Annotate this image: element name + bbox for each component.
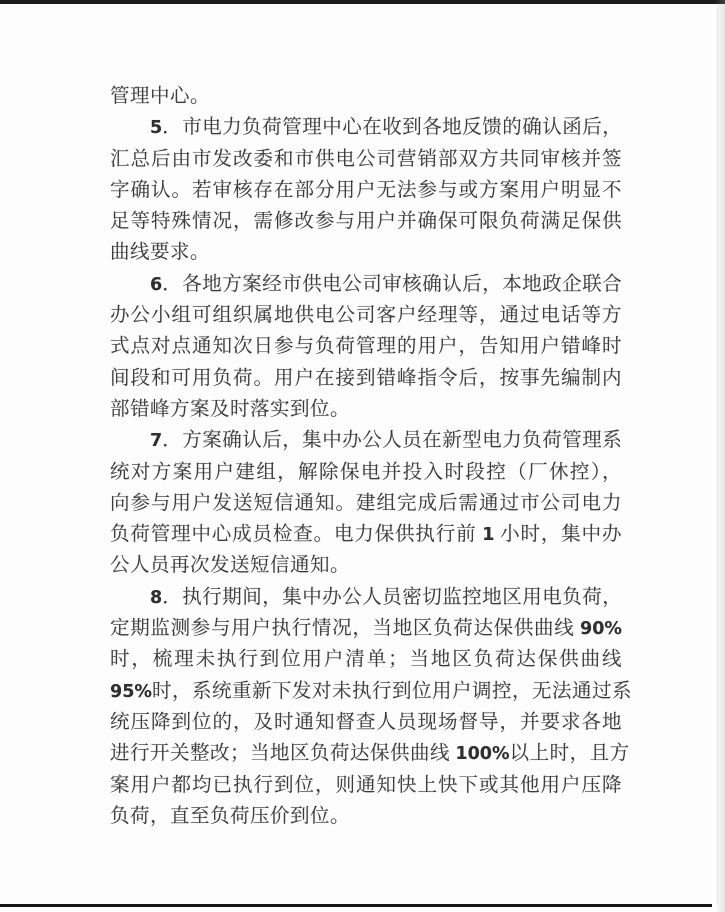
text-line: 部错峰方案及时落实到位。 [110, 394, 622, 425]
text-line: 进行开关整改；当地区负荷达保供曲线 100%以上时，且方 [110, 738, 622, 769]
text-line: 办公小组可组织属地供电公司客户经理等，通过电话等方 [110, 300, 622, 331]
text-line: 曲线要求。 [110, 237, 622, 268]
text-line: 间段和可用负荷。用户在接到错峰指令后，按事先编制内 [110, 363, 622, 394]
text-line: 负荷管理中心成员检查。电力保供执行前 1 小时，集中办 [110, 519, 622, 550]
text-line: 统压降到位的，及时通知督查人员现场督导，并要求各地 [110, 707, 622, 738]
text-line: 时，梳理未执行到位用户清单；当地区负荷达保供曲线 [110, 644, 622, 675]
text-line: 字确认。若审核存在部分用户无法参与或方案用户明显不 [110, 175, 622, 206]
scan-right-line [717, 4, 718, 904]
text-line: 公人员再次发送短信通知。 [110, 550, 622, 581]
text-line: 汇总后由市发改委和市供电公司营销部双方共同审核并签 [110, 144, 622, 175]
text-line: 负荷，直至负荷压价到位。 [110, 801, 622, 832]
text-line: 7．方案确认后，集中办公人员在新型电力负荷管理系 [110, 425, 622, 456]
text-line: 统对方案用户建组，解除保电并投入时段控（厂休控）， [110, 457, 622, 488]
document-page: 管理中心。 5．市电力负荷管理中心在收到各地反馈的确认函后， 汇总后由市发改委和… [0, 0, 725, 912]
text-line: 管理中心。 [110, 81, 622, 112]
text-line: 向参与用户发送短信通知。建组完成后需通过市公司电力 [110, 488, 622, 519]
text-line: 5．市电力负荷管理中心在收到各地反馈的确认函后， [110, 112, 622, 143]
text-line: 6．各地方案经市供电公司审核确认后，本地政企联合 [110, 269, 622, 300]
scan-edge-bottom [0, 904, 712, 907]
text-line: 案用户都均已执行到位，则通知快上快下或其他用户压降 [110, 770, 622, 801]
scan-edge-top [0, 0, 725, 4]
text-line: 足等特殊情况，需修改参与用户并确保可限负荷满足保供 [110, 206, 622, 237]
text-line: 95%时，系统重新下发对未执行到位用户调控，无法通过系 [110, 676, 622, 707]
document-body-text: 管理中心。 5．市电力负荷管理中心在收到各地反馈的确认函后， 汇总后由市发改委和… [110, 81, 622, 832]
text-line: 式点对点通知次日参与负荷管理的用户，告知用户错峰时 [110, 331, 622, 362]
text-line: 8．执行期间，集中办公人员密切监控地区用电负荷， [110, 582, 622, 613]
text-line: 定期监测参与用户执行情况，当地区负荷达保供曲线 90% [110, 613, 622, 644]
